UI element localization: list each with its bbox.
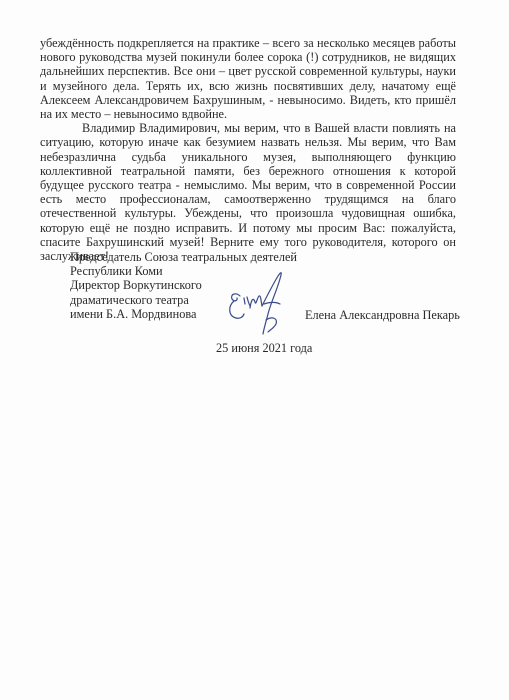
document-page: убеждённость подкрепляется на практике –…	[0, 0, 509, 700]
signer-name: Елена Александровна Пекарь	[305, 308, 460, 323]
paragraph-2: Владимир Владимирович, мы верим, что в В…	[40, 121, 456, 263]
signatory-title-line-1: Председатель Союза театральных деятелей	[70, 250, 297, 264]
letter-body: убеждённость подкрепляется на практике –…	[40, 36, 456, 263]
handwritten-signature-icon	[226, 268, 298, 338]
letter-date: 25 июня 2021 года	[216, 341, 312, 356]
paragraph-1: убеждённость подкрепляется на практике –…	[40, 36, 456, 121]
